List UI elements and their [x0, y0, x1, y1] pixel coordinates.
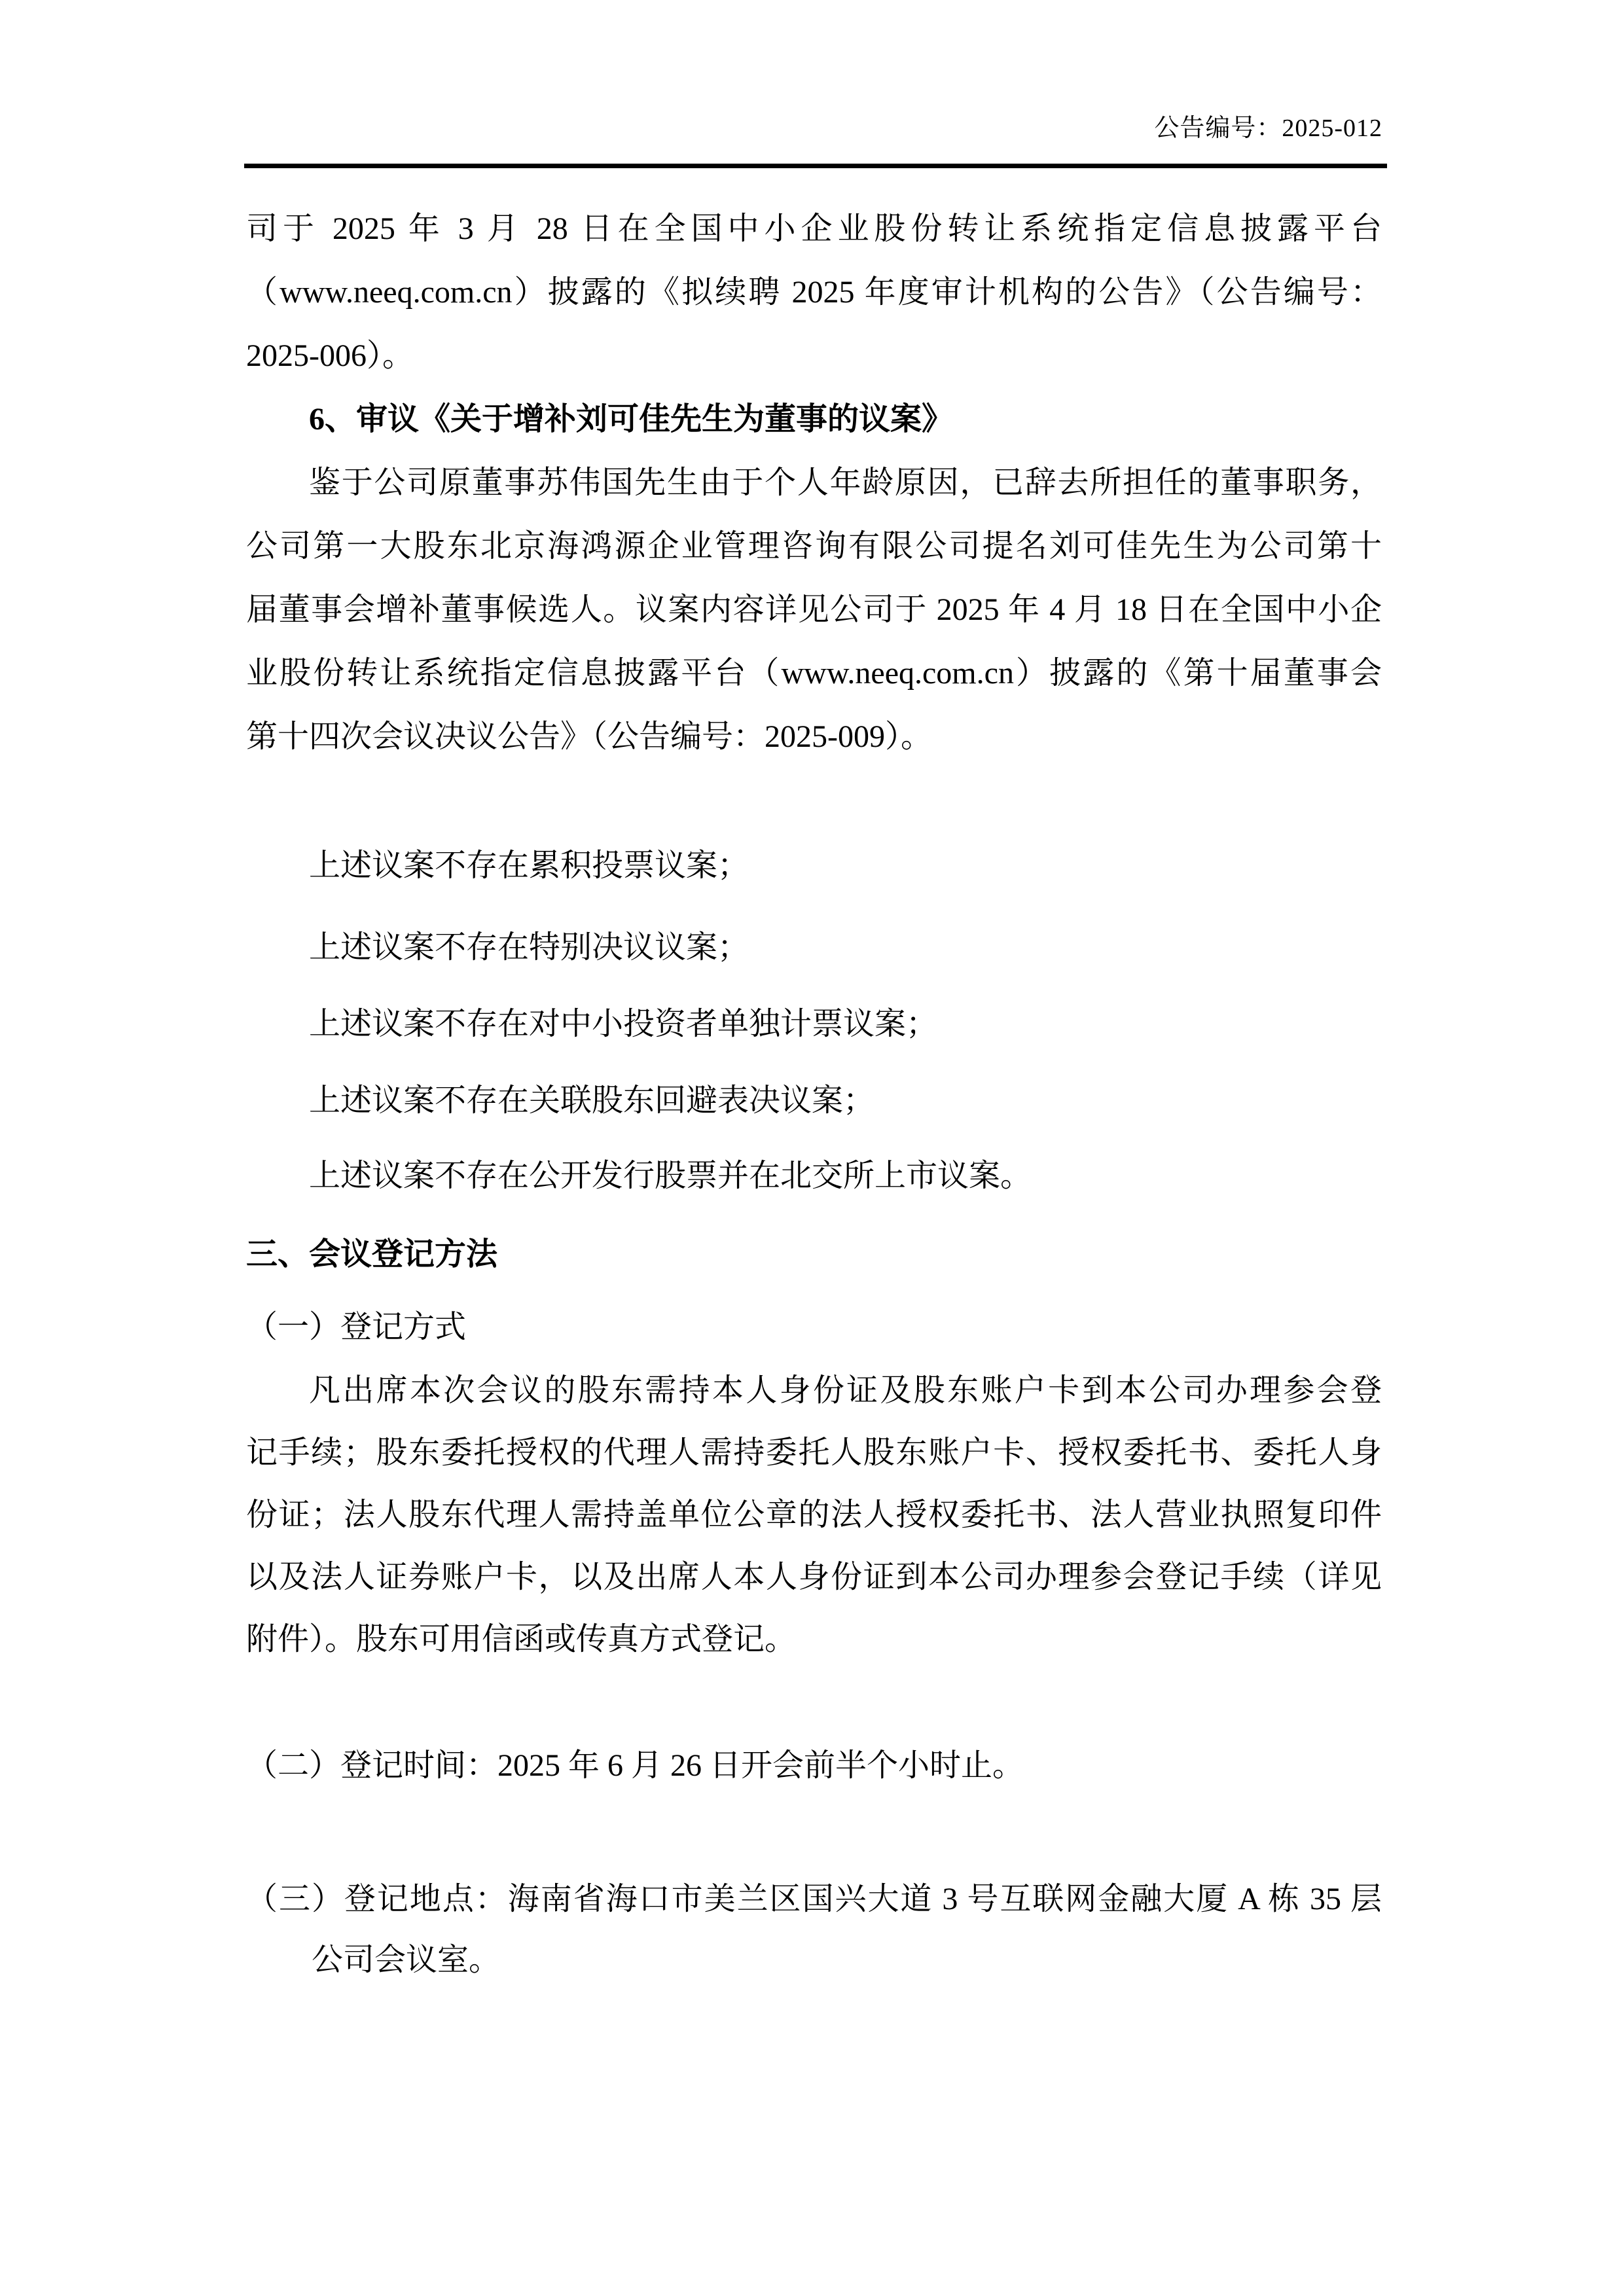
- body-line-p3-4: 以及法人证券账户卡，以及出席人本人身份证到本公司办理参会登记手续（详见: [246, 1555, 1382, 1600]
- body-line-p3-3: 份证；法人股东代理人需持盖单位公章的法人授权委托书、法人营业执照复印件: [246, 1493, 1382, 1537]
- statement-no-public-offering: 上述议案不存在公开发行股票并在北交所上市议案。: [246, 1154, 1382, 1198]
- statement-no-separate-count: 上述议案不存在对中小投资者单独计票议案；: [246, 1002, 1382, 1047]
- document-page: 公告编号：2025-012 司于 2025 年 3 月 28 日在全国中小企业股…: [0, 0, 1624, 2296]
- subsection-3-registration-place-2: 公司会议室。: [246, 1938, 1382, 1982]
- agenda-item-6-heading: 6、审议《关于增补刘可佳先生为董事的议案》: [246, 397, 1382, 442]
- body-line-p2-5: 第十四次会议决议公告》（公告编号：2025-009）。: [246, 715, 1382, 759]
- body-line-p2-2: 公司第一大股东北京海鸿源企业管理咨询有限公司提名刘可佳先生为公司第十: [246, 524, 1382, 569]
- body-line-p1-3: 2025-006）。: [246, 334, 1382, 378]
- statement-no-related-shareholder-abstention: 上述议案不存在关联股东回避表决议案；: [246, 1079, 1382, 1123]
- body-line-p3-5: 附件）。股东可用信函或传真方式登记。: [246, 1617, 1382, 1662]
- body-line-p2-4: 业股份转让系统指定信息披露平台（www.neeq.com.cn）披露的《第十届董…: [246, 651, 1382, 696]
- subsection-1-heading: （一）登记方式: [246, 1305, 1382, 1350]
- body-line-p1-1: 司于 2025 年 3 月 28 日在全国中小企业股份转让系统指定信息披露平台: [246, 207, 1382, 251]
- statement-no-special-resolution: 上述议案不存在特别决议议案；: [246, 925, 1382, 970]
- body-line-p2-3: 届董事会增补董事候选人。议案内容详见公司于 2025 年 4 月 18 日在全国…: [246, 588, 1382, 632]
- announcement-number: 公告编号：2025-012: [245, 113, 1382, 144]
- body-line-p3-1: 凡出席本次会议的股东需持本人身份证及股东账户卡到本公司办理参会登: [246, 1369, 1382, 1413]
- header-divider: [244, 164, 1387, 168]
- body-line-p3-2: 记手续；股东委托授权的代理人需持委托人股东账户卡、授权委托书、委托人身: [246, 1431, 1382, 1475]
- statement-no-cumulative-voting: 上述议案不存在累积投票议案；: [246, 844, 1382, 888]
- body-line-p2-1: 鉴于公司原董事苏伟国先生由于个人年龄原因，已辞去所担任的董事职务，: [246, 461, 1382, 505]
- section-3-heading: 三、会议登记方法: [246, 1232, 1382, 1277]
- body-line-p1-2: （www.neeq.com.cn）披露的《拟续聘 2025 年度审计机构的公告》…: [246, 270, 1382, 315]
- subsection-2-registration-time: （二）登记时间：2025 年 6 月 26 日开会前半个小时止。: [246, 1744, 1382, 1788]
- subsection-3-registration-place-1: （三）登记地点：海南省海口市美兰区国兴大道 3 号互联网金融大厦 A 栋 35 …: [246, 1877, 1382, 1922]
